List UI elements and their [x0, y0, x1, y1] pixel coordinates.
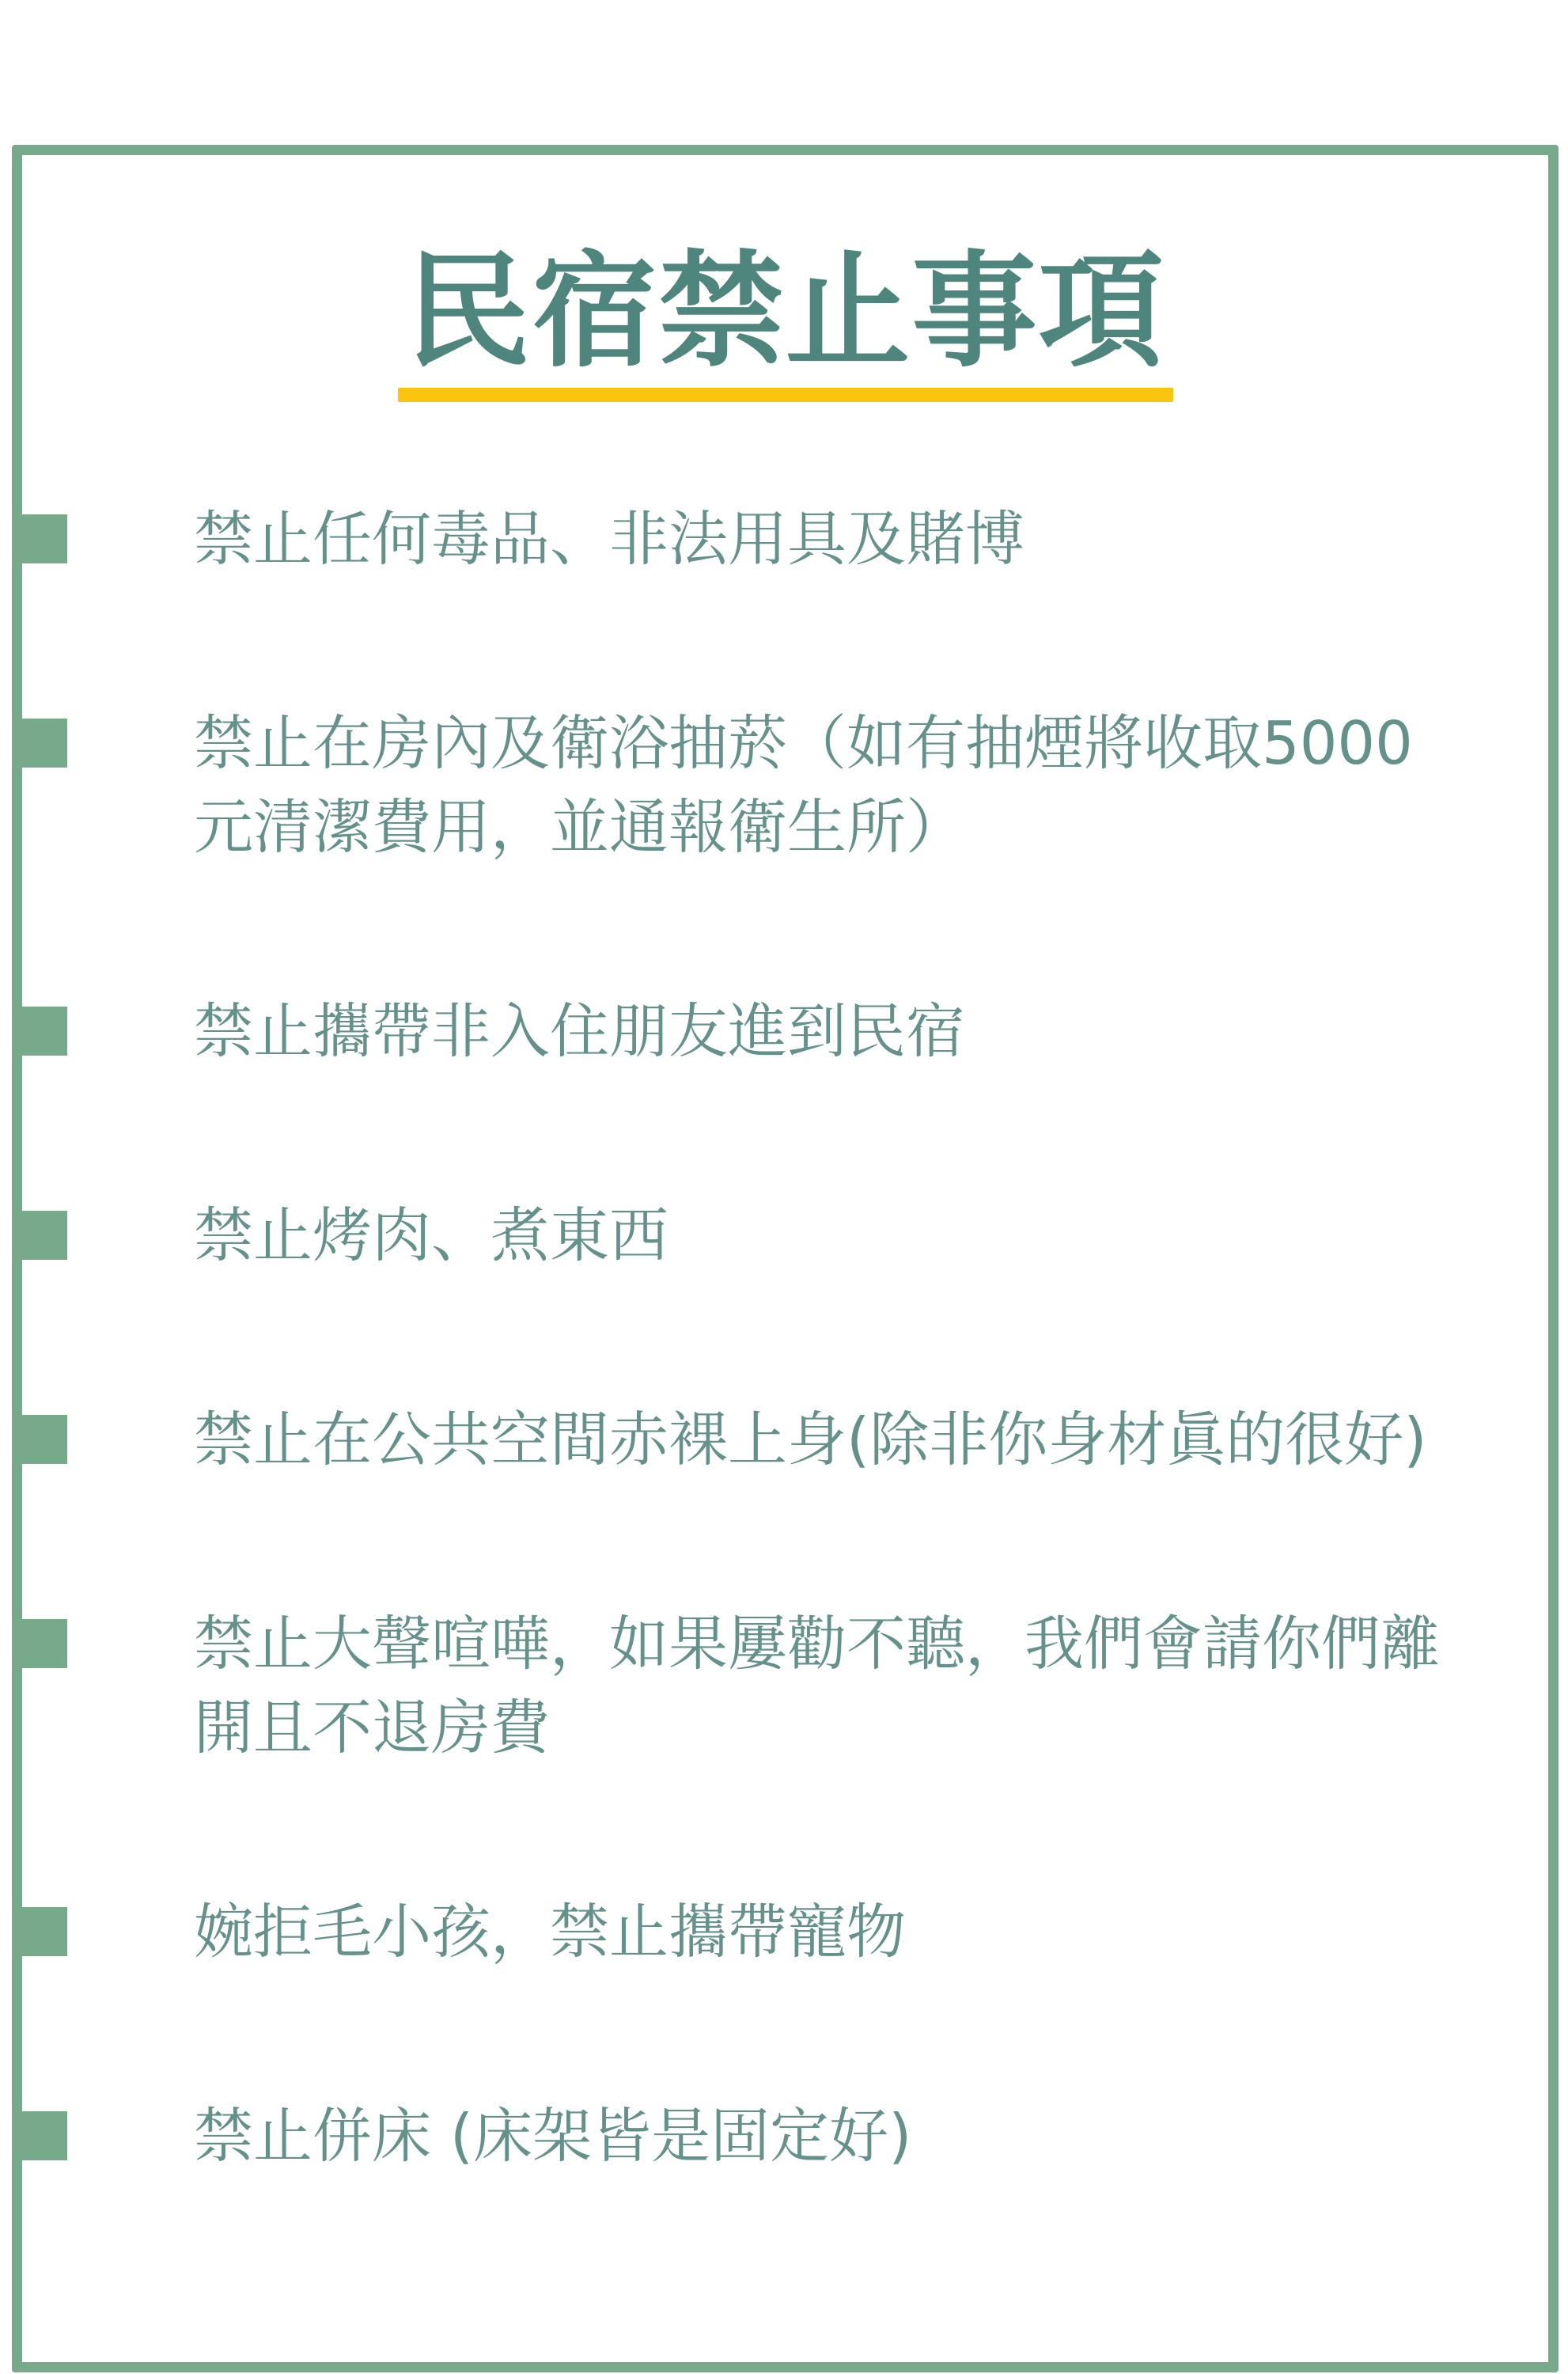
- bullet-square-icon: [18, 2111, 67, 2160]
- bullet-square-icon: [18, 1211, 67, 1260]
- rule-text: 婉拒毛小孩，禁止攜帶寵物: [194, 1897, 906, 1966]
- list-item: 禁止在公共空間赤裸上身(除非你身材眞的很好): [22, 1397, 1548, 1481]
- list-item: 禁止併床 (床架皆是固定好): [22, 2094, 1548, 2178]
- title-underline: [398, 388, 1173, 402]
- rule-text: 禁止任何毒品、非法用具及賭博: [194, 504, 1025, 574]
- bullet-square-icon: [18, 719, 67, 768]
- rule-text: 禁止在公共空間赤裸上身(除非你身材眞的很好): [194, 1405, 1427, 1474]
- list-item: 婉拒毛小孩，禁止攜帶寵物: [22, 1890, 1548, 1974]
- rule-text: 禁止烤肉、煮東西: [194, 1200, 668, 1270]
- border-frame: 民宿禁止事項 禁止任何毒品、非法用具及賭博 禁止在房內及衛浴抽菸（如有抽煙將收取…: [12, 145, 1559, 2372]
- list-item: 禁止大聲喧嘩，如果屢勸不聽，我們會請你們離開且不退房費: [22, 1602, 1548, 1769]
- rules-list: 禁止任何毒品、非法用具及賭博 禁止在房內及衛浴抽菸（如有抽煙將收取5000元清潔…: [22, 497, 1548, 2178]
- bullet-square-icon: [18, 1619, 67, 1668]
- page-title: 民宿禁止事項: [22, 241, 1548, 385]
- rule-text: 禁止大聲喧嘩，如果屢勸不聽，我們會請你們離開且不退房費: [194, 1609, 1440, 1762]
- bullet-square-icon: [18, 514, 67, 563]
- rule-text: 禁止併床 (床架皆是固定好): [194, 2101, 911, 2171]
- list-item: 禁止烤肉、煮東西: [22, 1193, 1548, 1277]
- list-item: 禁止在房內及衛浴抽菸（如有抽煙將收取5000元清潔費用，並通報衛生所）: [22, 701, 1548, 869]
- rule-text: 禁止在房內及衛浴抽菸（如有抽煙將收取5000元清潔費用，並通報衛生所）: [194, 708, 1413, 862]
- rule-text: 禁止攜帶非入住朋友進到民宿: [194, 996, 965, 1066]
- bullet-square-icon: [18, 1415, 67, 1464]
- list-item: 禁止攜帶非入住朋友進到民宿: [22, 989, 1548, 1073]
- list-item: 禁止任何毒品、非法用具及賭博: [22, 497, 1548, 581]
- bullet-square-icon: [18, 1007, 67, 1056]
- bullet-square-icon: [18, 1907, 67, 1956]
